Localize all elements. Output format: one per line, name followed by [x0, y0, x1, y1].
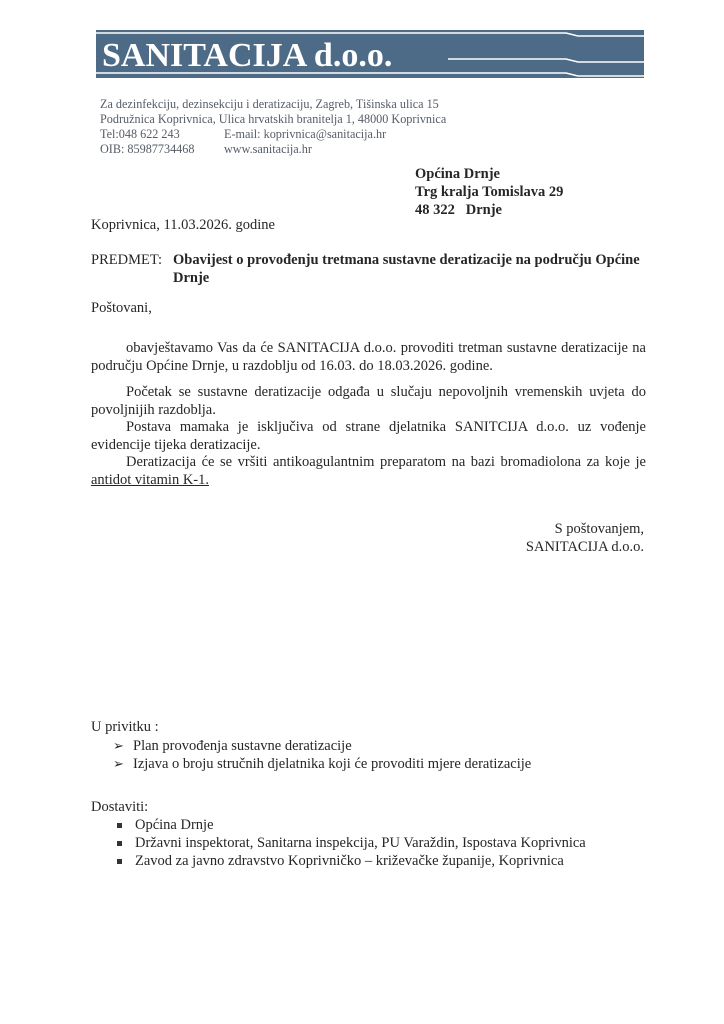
attachments-list: ➢Plan provođenja sustavne deratizacije ➢… — [113, 737, 531, 773]
letterhead-banner: SANITACIJA d.o.o. — [96, 30, 644, 78]
list-item: Zavod za javno zdravstvo Koprivničko – k… — [117, 852, 586, 870]
company-info-line-2: Podružnica Koprivnica, Ulica hrvatskih b… — [100, 112, 446, 127]
recipient-address: Općina Drnje Trg kralja Tomislava 29 48 … — [415, 165, 563, 219]
company-oib: OIB: 85987734468 — [100, 142, 194, 156]
paragraph-2: Početak se sustavne deratizacije odgađa … — [91, 383, 646, 419]
list-item: ➢Plan provođenja sustavne deratizacije — [113, 737, 531, 755]
company-website[interactable]: www.sanitacija.hr — [224, 142, 312, 157]
company-phone: Tel:048 622 243 — [100, 127, 180, 141]
arrow-bullet-icon: ➢ — [113, 755, 124, 773]
paragraph-3: Postava mamaka je isključiva od strane d… — [91, 418, 646, 454]
paragraph-4-text: Deratizacija će se vršiti antikoagulantn… — [126, 454, 646, 470]
list-item: Državni inspektorat, Sanitarna inspekcij… — [117, 834, 586, 852]
square-bullet-icon — [117, 841, 122, 846]
company-info: Za dezinfekciju, dezinsekciju i deratiza… — [100, 97, 446, 157]
antidot-note: antidot vitamin K-1. — [91, 472, 209, 488]
subject-label: PREDMET: — [91, 251, 162, 269]
list-item: Općina Drnje — [117, 816, 586, 834]
arrow-bullet-icon: ➢ — [113, 737, 124, 755]
paragraph-3-text: Postava mamaka je isključiva od strane d… — [91, 419, 646, 453]
signature-block: S poštovanjem, SANITACIJA d.o.o. — [526, 520, 644, 556]
company-email[interactable]: E-mail: koprivnica@sanitacija.hr — [224, 127, 386, 142]
company-logo-text: SANITACIJA d.o.o. — [102, 36, 392, 76]
square-bullet-icon — [117, 823, 122, 828]
date-line: Koprivnica, 11.03.2026. godine — [91, 217, 275, 234]
recipient-street: Trg kralja Tomislava 29 — [415, 183, 563, 201]
delivery-list: Općina Drnje Državni inspektorat, Sanita… — [117, 816, 586, 870]
recipient-city: 48 322 Drnje — [415, 201, 563, 219]
paragraph-1-text: obavještavamo Vas da će SANITACIJA d.o.o… — [91, 340, 646, 374]
list-item: ➢Izjava o broju stručnih djelatnika koji… — [113, 755, 531, 773]
subject-text: Obavijest o provođenju tretmana sustavne… — [173, 251, 653, 287]
paragraph-4: Deratizacija će se vršiti antikoagulantn… — [91, 453, 646, 489]
square-bullet-icon — [117, 859, 122, 864]
delivery-title: Dostaviti: — [91, 799, 148, 816]
attachments-title: U privitku : — [91, 719, 159, 736]
signature-company: SANITACIJA d.o.o. — [526, 538, 644, 556]
recipient-name: Općina Drnje — [415, 165, 563, 183]
company-info-line-1: Za dezinfekciju, dezinsekciju i deratiza… — [100, 97, 446, 112]
greeting: Poštovani, — [91, 300, 152, 317]
signature-closing: S poštovanjem, — [526, 520, 644, 538]
paragraph-2-text: Početak se sustavne deratizacije odgađa … — [91, 384, 646, 418]
paragraph-1: obavještavamo Vas da će SANITACIJA d.o.o… — [91, 339, 646, 375]
